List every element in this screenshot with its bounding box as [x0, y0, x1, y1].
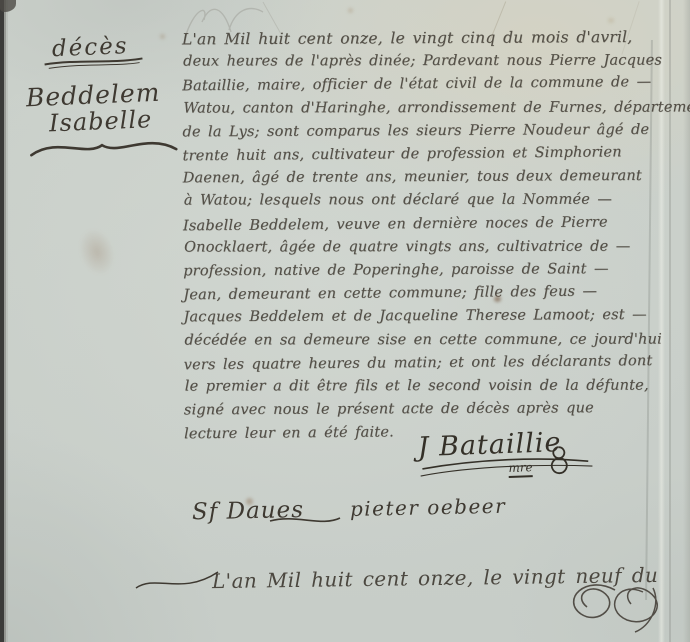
death-act-text: L'an Mil huit cent onze, le vingt cinq d…: [182, 26, 689, 446]
manuscript-scan-page: décès Beddelem Isabelle L'an Mil huit ce…: [0, 0, 690, 642]
margin-brace-flourish: [28, 136, 181, 162]
record-line: deux heures de l'après dinée; Pardevant …: [183, 50, 688, 74]
scan-corner-mark: [0, 0, 16, 12]
record-line: Jacques Beddelem et de Jacqueline Theres…: [183, 304, 688, 330]
record-line: Isabelle Beddelem, veuve en dernière noc…: [183, 210, 688, 238]
record-line: le premier a dit être fils et le second …: [185, 375, 690, 399]
opening-swash-flourish: [134, 566, 220, 596]
margin-annotation: décès Beddelem Isabelle: [23, 31, 188, 163]
record-line: à Watou; lesquels nous ont déclaré que l…: [184, 189, 689, 213]
bottom-loop-flourish: [543, 580, 678, 642]
foxing-spot: [608, 18, 614, 23]
foxing-spot: [494, 296, 501, 302]
witness-signature: pieter oebeer: [350, 494, 507, 521]
record-line: Bataillie, maire, officier de l'état civ…: [182, 71, 687, 99]
record-line: Onocklaert, âgée de quatre vingts ans, c…: [184, 235, 689, 259]
record-line: Daenen, âgé de trente ans, meunier, tous…: [183, 165, 688, 191]
ink-bleedthrough-stain: [73, 224, 120, 280]
foxing-spot: [160, 34, 165, 39]
record-line: vers les quatre heures du matin; et ont …: [184, 350, 689, 378]
official-signature-title: mre: [508, 460, 533, 478]
record-line: décédée en sa demeure sise en cette comm…: [185, 328, 690, 352]
official-signature-block: J Bataillie mre: [417, 426, 597, 485]
witness-signatures: Sf Dauespieter oebeer: [192, 493, 507, 526]
foxing-spot: [348, 8, 353, 13]
record-line: L'an Mil huit cent onze, le vingt cinq d…: [182, 26, 687, 52]
witness-connector-flourish: [268, 512, 342, 528]
foxing-spot: [246, 498, 253, 505]
signature-paraph-flourish: [546, 445, 573, 478]
scan-left-edge: [0, 0, 8, 642]
record-line: Watou, canton d'Haringhe, arrondissement…: [183, 96, 688, 120]
margin-firstname: Isabelle: [48, 104, 187, 138]
